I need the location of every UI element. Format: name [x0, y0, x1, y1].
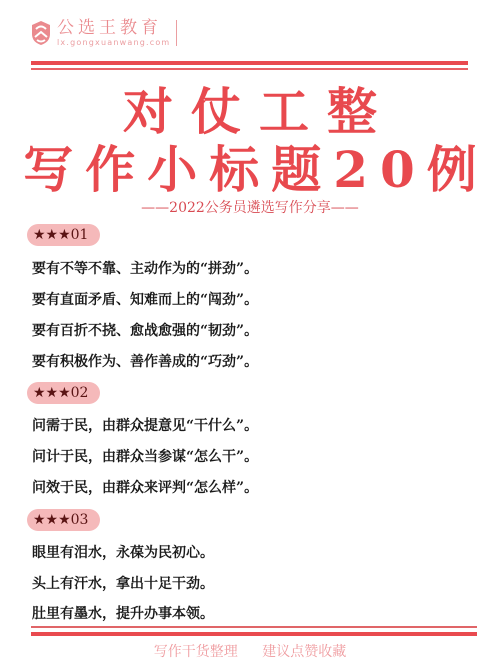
- list-item: 眼里有泪水，永葆为民初心。: [32, 543, 214, 563]
- section-badge-02: ★★★02: [27, 382, 100, 404]
- list-item: 问计于民，由群众当参谋“怎么干”。: [32, 447, 258, 467]
- section-badge-01: ★★★01: [27, 224, 100, 246]
- list-item: 要有百折不挠、愈战愈强的“韧劲”。: [32, 321, 258, 341]
- list-item: 要有直面矛盾、知难而上的“闯劲”。: [32, 290, 258, 310]
- list-item: 问效于民，由群众来评判“怎么样”。: [32, 478, 258, 498]
- title-line-2: 写作小标题20例: [0, 138, 500, 202]
- brand-logo: 公选王教育 lx.gongxuanwang.com: [31, 15, 177, 51]
- top-rule-thin: [31, 68, 468, 70]
- logo-divider: [176, 20, 177, 46]
- top-rule-thick: [31, 61, 468, 65]
- footer: 写作干货整理 建议点赞收藏: [0, 642, 500, 662]
- list-item: 肚里有墨水，提升办事本领。: [32, 604, 214, 624]
- list-item: 问需于民，由群众提意见“干什么”。: [32, 416, 258, 436]
- bottom-rule-thick: [31, 632, 477, 636]
- brand-url: lx.gongxuanwang.com: [57, 38, 170, 48]
- section-badge-03: ★★★03: [27, 509, 100, 531]
- footer-right-text: 建议点赞收藏: [262, 644, 346, 660]
- shield-logo-icon: [31, 20, 51, 46]
- title-line-1: 对仗工整: [0, 84, 500, 140]
- subtitle: ——2022公务员遴选写作分享——: [0, 198, 500, 218]
- list-item: 要有不等不靠、主动作为的“拼劲”。: [32, 259, 258, 279]
- list-item: 要有积极作为、善作善成的“巧劲”。: [32, 352, 258, 372]
- list-item: 头上有汗水，拿出十足干劲。: [32, 574, 214, 594]
- footer-left-text: 写作干货整理: [154, 644, 238, 660]
- bottom-rule-thin: [31, 626, 477, 628]
- brand-name: 公选王教育: [57, 18, 170, 38]
